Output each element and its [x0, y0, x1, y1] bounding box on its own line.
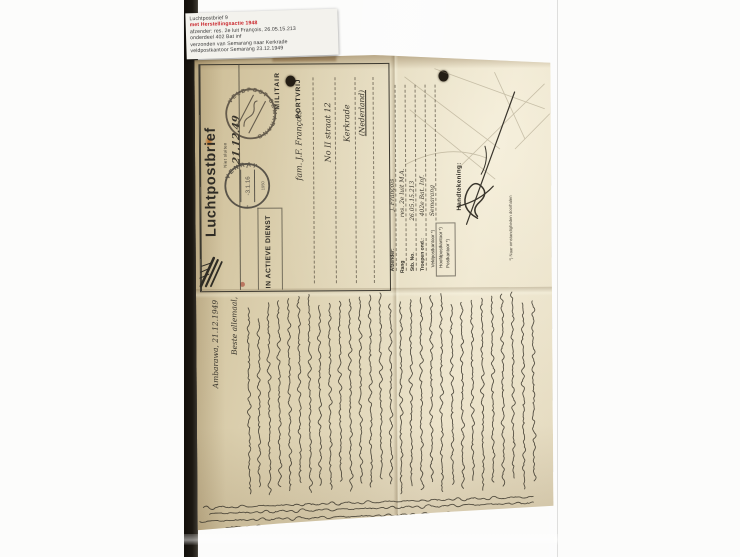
letter-salutation: Beste allemaal,: [230, 297, 239, 355]
letter-photograph: Luchtpostbrief Niet sluiten MILITAIR POR…: [184, 0, 558, 557]
sleeve-edge-bottom: [184, 534, 558, 545]
auction-photo-page: { "exhibit_label": { "line1": "Luchtpost…: [0, 0, 740, 557]
letter-paper: Luchtpostbrief Niet sluiten MILITAIR POR…: [194, 54, 553, 532]
exhibit-label: Luchtpostbrief 9 met Herstellingsactie 1…: [185, 9, 338, 60]
letter-dateline: Ambarawa, 21.12.1949: [211, 300, 221, 389]
handwriting-svg: [194, 54, 553, 532]
sleeve-sheen-top: [304, 0, 558, 60]
